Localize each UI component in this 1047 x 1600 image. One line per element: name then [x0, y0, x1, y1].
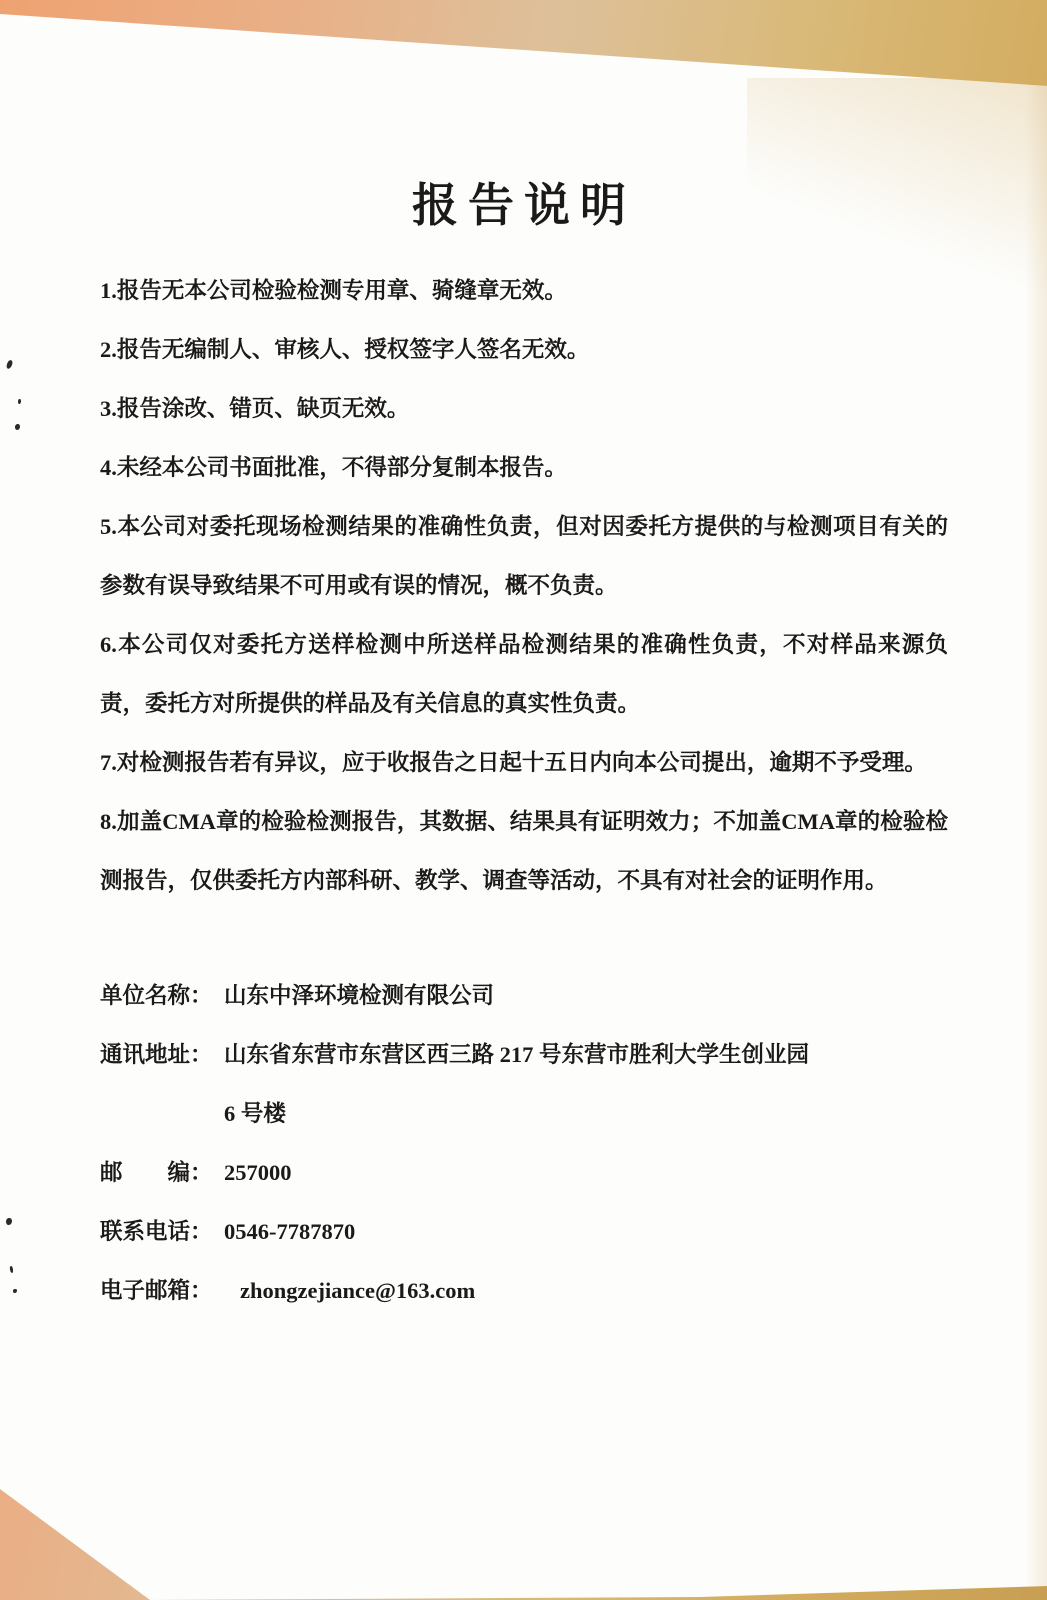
company-name-label: 单位名称： [100, 966, 224, 1025]
document-title: 报告说明 [100, 178, 948, 233]
scan-artifact [9, 1266, 13, 1273]
report-note-item-5: 5.本公司对委托现场检测结果的准确性负责，但对因委托方提供的与检测项目有关的参数… [100, 497, 948, 615]
report-note-item-2: 2.报告无编制人、审核人、授权签字人签名无效。 [100, 320, 948, 379]
scan-artifact [18, 399, 21, 404]
contact-row-phone: 联系电话： 0546-7787870 [100, 1202, 948, 1261]
scan-artifact [15, 424, 20, 430]
contact-row-postcode: 邮 编： 257000 [100, 1143, 948, 1202]
report-notes-document: 报告说明 1.报告无本公司检验检测专用章、骑缝章无效。 2.报告无编制人、审核人… [100, 178, 948, 1320]
address-label: 通讯地址： [100, 1025, 224, 1084]
postcode-value: 257000 [224, 1143, 292, 1202]
scanned-paper-sheet: 报告说明 1.报告无本公司检验检测专用章、骑缝章无效。 2.报告无编制人、审核人… [0, 0, 1047, 1600]
report-note-item-3: 3.报告涂改、错页、缺页无效。 [100, 379, 948, 438]
scan-artifact [6, 359, 14, 369]
email-value: zhongzejiance@163.com [240, 1261, 475, 1320]
contact-info-block: 单位名称： 山东中泽环境检测有限公司 通讯地址： 山东省东营市东营区西三路 21… [100, 966, 948, 1320]
email-label: 电子邮箱： [100, 1261, 224, 1320]
contact-row-company: 单位名称： 山东中泽环境检测有限公司 [100, 966, 948, 1025]
company-name-value: 山东中泽环境检测有限公司 [224, 966, 494, 1025]
phone-value: 0546-7787870 [224, 1202, 355, 1261]
scan-artifact [13, 1289, 17, 1293]
report-note-item-6: 6.本公司仅对委托方送样检测中所送样品检测结果的准确性负责，不对样品来源负责，委… [100, 615, 948, 733]
report-notes-list: 1.报告无本公司检验检测专用章、骑缝章无效。 2.报告无编制人、审核人、授权签字… [100, 261, 948, 910]
contact-row-email: 电子邮箱： zhongzejiance@163.com [100, 1261, 948, 1320]
address-line2-value: 6 号楼 [224, 1084, 286, 1143]
postcode-label: 邮 编： [100, 1143, 224, 1202]
report-note-item-7: 7.对检测报告若有异议，应于收报告之日起十五日内向本公司提出，逾期不予受理。 [100, 733, 948, 792]
contact-row-address-line2: 6 号楼 [100, 1084, 948, 1143]
contact-row-address: 通讯地址： 山东省东营市东营区西三路 217 号东营市胜利大学生创业园 [100, 1025, 948, 1084]
address-value: 山东省东营市东营区西三路 217 号东营市胜利大学生创业园 [224, 1025, 809, 1084]
scan-artifact [6, 1218, 12, 1225]
paper-edge-shading [1025, 0, 1047, 1600]
report-note-item-8: 8.加盖CMA章的检验检测报告，其数据、结果具有证明效力；不加盖CMA章的检验检… [100, 792, 948, 910]
phone-label: 联系电话： [100, 1202, 224, 1261]
report-note-item-1: 1.报告无本公司检验检测专用章、骑缝章无效。 [100, 261, 948, 320]
report-note-item-4: 4.未经本公司书面批准，不得部分复制本报告。 [100, 438, 948, 497]
address-line2-label [100, 1084, 224, 1143]
